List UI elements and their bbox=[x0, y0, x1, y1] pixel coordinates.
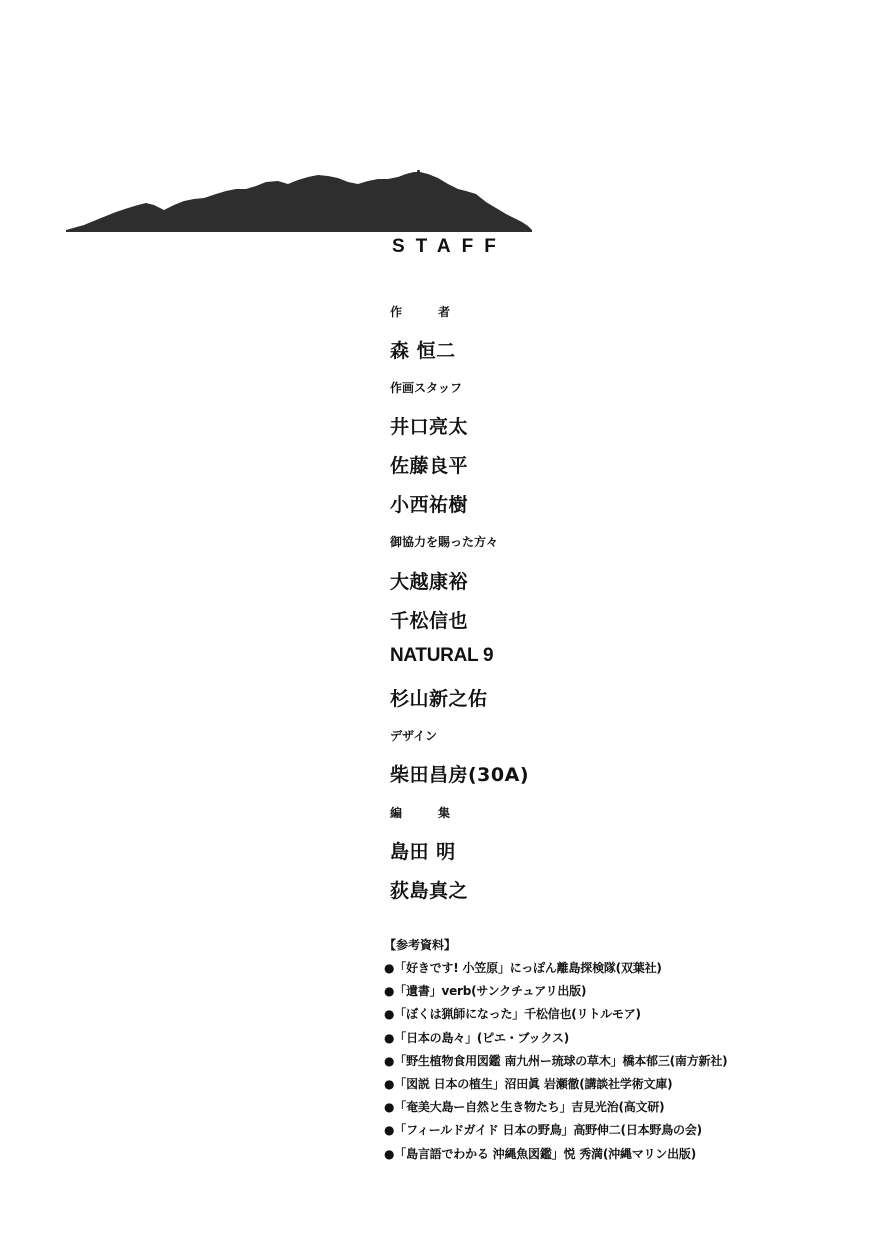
name-author: 森 恒二 bbox=[390, 336, 456, 363]
role-author: 作 者 bbox=[390, 303, 462, 320]
name-editor-2: 荻島真之 bbox=[390, 876, 468, 903]
references-title: 【参考資料】 bbox=[384, 934, 854, 957]
reference-item: ●「奄美大島ー自然と生き物たち」吉見光治(高文研) bbox=[384, 1096, 854, 1119]
reference-item: ●「遺書」verb(サンクチュアリ出版) bbox=[384, 980, 854, 1003]
references-list: 【参考資料】 ●「好きです! 小笠原」にっぽん離島探検隊(双葉社) ●「遺書」v… bbox=[384, 934, 854, 1166]
name-cooperation-4: 杉山新之佑 bbox=[390, 684, 488, 711]
reference-item: ●「日本の島々」(ピエ・ブックス) bbox=[384, 1027, 854, 1050]
role-editor: 編 集 bbox=[390, 804, 462, 821]
name-cooperation-2: 千松信也 bbox=[390, 606, 468, 633]
reference-item: ●「ぼくは猟師になった」千松信也(リトルモア) bbox=[384, 1003, 854, 1026]
name-cooperation-3: NATURAL 9 bbox=[390, 645, 493, 667]
name-editor-1: 島田 明 bbox=[390, 837, 456, 864]
reference-item: ●「島言語でわかる 沖縄魚図鑑」悦 秀満(沖縄マリン出版) bbox=[384, 1143, 854, 1166]
staff-heading: STAFF bbox=[392, 236, 507, 258]
reference-item: ●「図説 日本の植生」沼田眞 岩瀬徹(講談社学術文庫) bbox=[384, 1073, 854, 1096]
role-art-staff: 作画スタッフ bbox=[390, 379, 462, 396]
role-cooperation: 御協力を賜った方々 bbox=[390, 533, 498, 550]
reference-item: ●「野生植物食用図鑑 南九州ー琉球の草木」橋本郁三(南方新社) bbox=[384, 1050, 854, 1073]
name-cooperation-1: 大越康裕 bbox=[390, 567, 468, 594]
name-design: 柴田昌房(30A) bbox=[390, 760, 529, 787]
reference-item: ●「フィールドガイド 日本の野鳥」高野伸二(日本野鳥の会) bbox=[384, 1119, 854, 1142]
name-art-staff-3: 小西祐樹 bbox=[390, 490, 468, 517]
role-design: デザイン bbox=[390, 727, 437, 744]
mountain-silhouette-illustration bbox=[66, 170, 532, 232]
name-art-staff-1: 井口亮太 bbox=[390, 412, 468, 439]
name-art-staff-2: 佐藤良平 bbox=[390, 451, 468, 478]
reference-item: ●「好きです! 小笠原」にっぽん離島探検隊(双葉社) bbox=[384, 957, 854, 980]
